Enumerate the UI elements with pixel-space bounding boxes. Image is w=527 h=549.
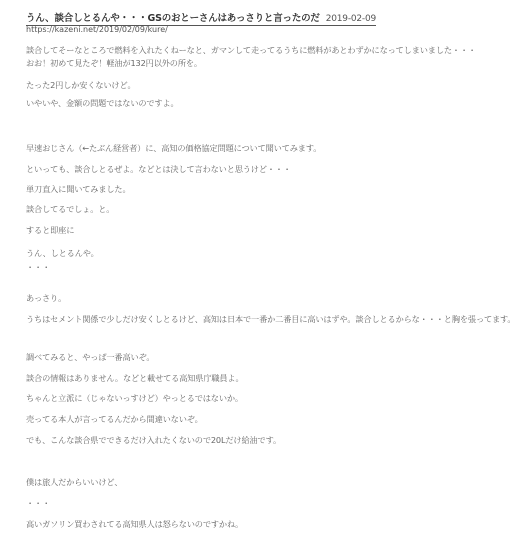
paragraph-line: 談合してそーなところで燃料を入れたくねーなと、ガマンして走ってるうちに燃料があと… xyxy=(26,45,476,56)
paragraph-line: 調べてみると、やっぱ一番高いぞ。 xyxy=(26,352,154,363)
article-title: うん、談合しとるんや・・・GSのおとーさんはあっさりと言ったのだ xyxy=(26,13,320,24)
paragraph-line: たった2円しか安くないけど。 xyxy=(26,80,136,91)
paragraph-line: ちゃんと立派に（じゃないっすけど）やっとるではないか。 xyxy=(26,393,243,404)
paragraph-line: いやいや、金額の問題ではないのですよ。 xyxy=(26,98,179,109)
paragraph-line: ・・・ xyxy=(26,498,50,509)
paragraph-line: おお！初めて見たぞ！軽油が132円以外の所を。 xyxy=(26,58,202,69)
paragraph-line: あっさり。 xyxy=(26,293,66,304)
paragraph-line: 僕は旅人だからいいけど、 xyxy=(26,477,122,488)
paragraph-line: うん、しとるんや。 xyxy=(26,248,99,259)
paragraph-line: 談合の情報はありません。などと載せてる高知県庁職員よ。 xyxy=(26,373,244,384)
paragraph-line: でも、こんな談合県でできるだけ入れたくないので20Lだけ給油です。 xyxy=(26,435,281,446)
paragraph-line: うちはセメント関係で少しだけ安くしとるけど、高知は日本で一番か二番目に高いはずや… xyxy=(26,314,515,325)
paragraph-line: 談合してるでしょ。と。 xyxy=(26,204,114,215)
paragraph-line: すると即座に xyxy=(26,225,74,236)
paragraph-line: 高いガソリン買わされてる高知県人は怒らないのですかね。 xyxy=(26,519,243,530)
article-date: 2019-02-09 xyxy=(326,14,376,24)
article-title-link[interactable]: うん、談合しとるんや・・・GSのおとーさんはあっさりと言ったのだ2019-02-… xyxy=(26,10,376,26)
paragraph-line: といっても、談合しとるぜよ。などとは決して言わないと思うけど・・・ xyxy=(26,164,291,175)
article-url: https://kazeni.net/2019/02/09/kure/ xyxy=(26,25,168,34)
paragraph-line: 単刀直入に聞いてみました。 xyxy=(26,184,131,195)
paragraph-line: 売ってる本人が言ってるんだから間違いないぞ。 xyxy=(26,414,203,425)
paragraph-line: 早速おじさん（←たぶん経営者）に、高知の価格協定問題について聞いてみます。 xyxy=(26,143,321,154)
paragraph-line: ・・・ xyxy=(26,262,50,273)
